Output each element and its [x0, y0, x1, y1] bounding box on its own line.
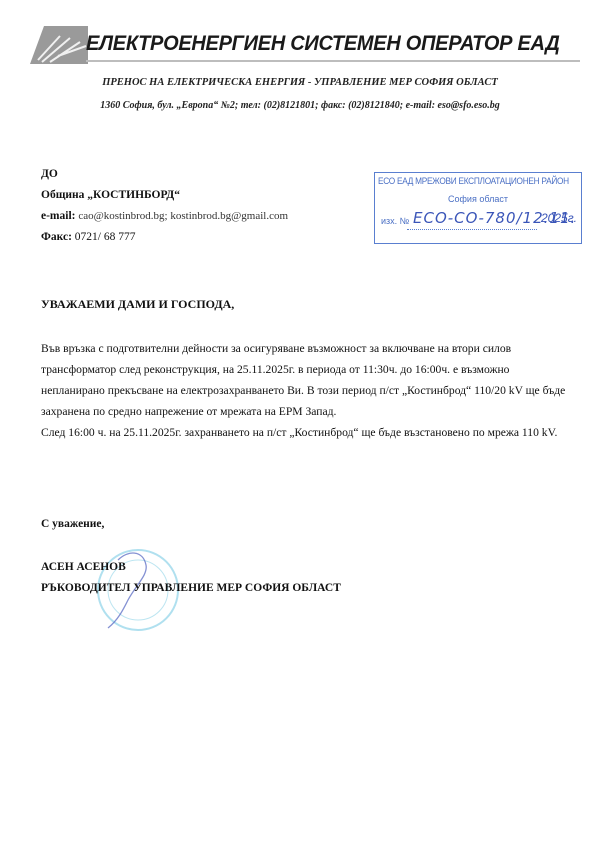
fax-label: Факс: — [41, 231, 72, 243]
recipient-name: Община „КОСТИНБОРД“ — [41, 185, 288, 206]
division-name: ПРЕНОС НА ЕЛЕКТРИЧЕСКА ЕНЕРГИЯ - УПРАВЛЕ… — [0, 77, 600, 88]
greeting: УВАЖАЕМИ ДАМИ И ГОСПОДА, — [41, 297, 234, 312]
recipient-block: ДО Община „КОСТИНБОРД“ e-mail: cao@kosti… — [41, 164, 288, 248]
body-paragraph: Във връзка с подготвителни дейности за о… — [41, 338, 569, 422]
email-label: e-mail: — [41, 210, 75, 222]
email-value: cao@kostinbrod.bg; kostinbrod.bg@gmail.c… — [78, 210, 288, 222]
signatory-name: АСЕН АСЕНОВ — [41, 561, 126, 573]
closing: С уважение, — [41, 518, 104, 530]
company-address: 1360 София, бул. „Европа“ №2; тел: (02)8… — [0, 100, 600, 111]
letter-body: Във връзка с подготвителни дейности за о… — [41, 338, 569, 443]
recipient-email: e-mail: cao@kostinbrod.bg; kostinbrod.bg… — [41, 206, 288, 227]
company-name: ЕЛЕКТРОЕНЕРГИЕН СИСТЕМЕН ОПЕРАТОР ЕАД — [86, 31, 560, 56]
recipient-to: ДО — [41, 164, 288, 185]
stamp-dotted-line — [407, 229, 537, 230]
stamp-year: 2025г. — [541, 211, 577, 225]
header-divider — [86, 60, 580, 62]
body-paragraph: След 16:00 ч. на 25.11.2025г. захранване… — [41, 422, 569, 443]
fax-value: 0721/ 68 777 — [75, 231, 136, 243]
signatory-title: РЪКОВОДИТЕЛ УПРАВЛЕНИЕ МЕР СОФИЯ ОБЛАСТ — [41, 582, 341, 594]
stamp-line2: София област — [375, 194, 581, 204]
stamp-ref-label: изх. № — [381, 216, 409, 226]
recipient-fax: Факс: 0721/ 68 777 — [41, 227, 288, 248]
stamp-line1: ЕСО ЕАД МРЕЖОВИ ЕКСПЛОАТАЦИОНЕН РАЙОН — [378, 176, 569, 186]
registry-stamp: ЕСО ЕАД МРЕЖОВИ ЕКСПЛОАТАЦИОНЕН РАЙОН Со… — [374, 172, 582, 244]
lightning-logo-icon — [30, 26, 88, 64]
